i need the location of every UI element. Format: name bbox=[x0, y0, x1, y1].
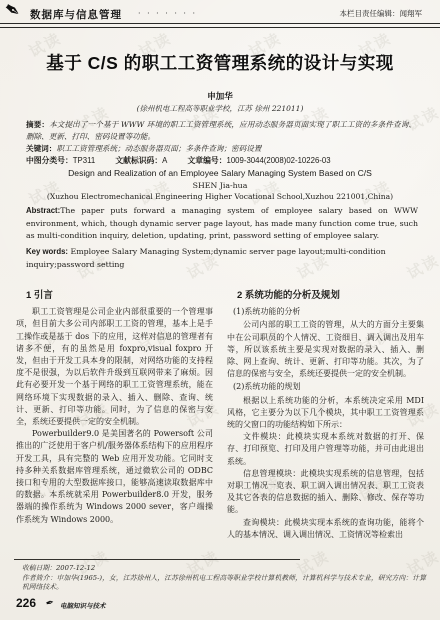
footnote-rule bbox=[14, 559, 300, 560]
author-name-en: SHEN Jia-hua bbox=[0, 181, 440, 190]
author-name: 申加华 bbox=[0, 90, 440, 102]
section-2-sub-2: (2)系统功能的规划 bbox=[233, 381, 424, 393]
keywords-cn-text: 职工工资管理系统；动态服务器页面；多条件查询；密码设置 bbox=[56, 144, 261, 153]
section-1-para-1: 职工工资管理是公司企业内部很重要的一个管理事项，但目前大多公司内部职工工资的管理… bbox=[16, 306, 213, 428]
received-date-label: 收稿日期： bbox=[22, 564, 56, 572]
section-1-heading: 1 引言 bbox=[26, 290, 213, 302]
clc-label: 中图分类号： bbox=[26, 156, 73, 165]
abstract-cn: 摘要：本文提出了一个基于 WWW 环境的职工工资管理系统，应用动态服务器页面实现… bbox=[26, 119, 416, 142]
keywords-en-text: Employee Salary Managing System;dynamic … bbox=[26, 247, 386, 269]
author-bio: 申加华(1965-)，女，江苏徐州人，江苏徐州机电工程高等职业学校计算机教师，计… bbox=[22, 574, 426, 592]
header-dots: · · · · · · · bbox=[138, 9, 197, 18]
column-section-title: 数据库与信息管理 bbox=[30, 7, 122, 22]
abstract-en-label: Abstract: bbox=[26, 206, 60, 215]
keywords-en: Key words: Employee Salary Managing Syst… bbox=[26, 246, 418, 271]
keywords-cn: 关键词：职工工资管理系统；动态服务器页面；多条件查询；密码设置 bbox=[26, 143, 416, 155]
classification-line: 中图分类号：TP311 文献标识码：A 文章编号：1009-3044(2008)… bbox=[26, 155, 416, 167]
left-column: 1 引言 职工工资管理是公司企业内部很重要的一个管理事项，但目前大多公司内部职工… bbox=[16, 288, 213, 552]
paper-title: 基于 C/S 的职工工资管理系统的设计与实现 bbox=[0, 50, 440, 75]
doc-code-value: A bbox=[162, 156, 167, 165]
doc-code-label: 文献标识码： bbox=[115, 156, 162, 165]
footnote: 收稿日期：2007-12-12 作者简介：申加华(1965-)，女，江苏徐州人，… bbox=[22, 564, 426, 593]
received-date: 2007-12-12 bbox=[56, 564, 95, 572]
article-id-label: 文章编号： bbox=[188, 156, 227, 165]
section-2-para-2: 根据以上系统功能的分析，本系统决定采用 MDI 风格，它主要分为以下几个模块，其… bbox=[227, 395, 424, 432]
pen-icon: ✒ bbox=[0, 0, 26, 25]
page-number: 226 bbox=[16, 596, 36, 610]
abstract-cn-text: 本文提出了一个基于 WWW 环境的职工工资管理系统，应用动态服务器页面实现了职工… bbox=[26, 120, 416, 141]
abstract-cn-label: 摘要： bbox=[26, 120, 49, 129]
editor-note: 本栏目责任编辑：闻翔军 bbox=[340, 8, 423, 19]
journal-logo-icon: ✒ bbox=[45, 597, 56, 610]
author-affiliation: (徐州机电工程高等职业学校，江苏 徐州 221011) bbox=[0, 103, 440, 114]
section-2-sub-1: (1)系统功能的分析 bbox=[233, 306, 424, 318]
article-id-value: 1009-3044(2008)02-10226-03 bbox=[227, 156, 331, 165]
section-1-para-2: Powerbuilder9.0 是美国著名的 Powersoft 公司推出的广泛… bbox=[16, 428, 213, 526]
body-columns: 1 引言 职工工资管理是公司企业内部很重要的一个管理事项，但目前大多公司内部职工… bbox=[16, 288, 424, 552]
page-header: ✒ 数据库与信息管理 · · · · · · · 本栏目责任编辑：闻翔军 bbox=[0, 0, 440, 24]
abstract-en-text: The paper puts forward a managing system… bbox=[26, 206, 418, 240]
paper-title-en: Design and Realization of an Employee Sa… bbox=[0, 168, 440, 178]
header-double-rule bbox=[0, 23, 440, 28]
journal-name: 电脑知识与技术 bbox=[60, 601, 106, 610]
keywords-cn-label: 关键词： bbox=[26, 144, 56, 153]
paper-page: 试读试读试读试读试读试读试读试读试读试读试读试读试读试读试读试读试读试读试读试读… bbox=[0, 0, 440, 620]
abstract-en: Abstract:The paper puts forward a managi… bbox=[26, 205, 418, 243]
section-2-heading: 2 系统功能的分析及规划 bbox=[237, 290, 424, 302]
section-2-para-4: 信息管理模块：此模块实现系统的信息管理，包括对职工情况一览表、职工调入调出情况表… bbox=[227, 468, 424, 517]
section-2-para-1: 公司内部的职工工资的管理，从大的方面分主要集中在公司职员的个人情况、工资细目、调… bbox=[227, 319, 424, 380]
author-affiliation-en: (Xuzhou Electromechanical Engineering Hi… bbox=[0, 192, 440, 201]
section-2-para-5: 查询模块：此模块实现本系统的查询功能，能将个人的基本情况、调入调出情况、工资情况… bbox=[227, 517, 424, 541]
right-column: 2 系统功能的分析及规划 (1)系统功能的分析 公司内部的职工工资的管理，从大的… bbox=[227, 288, 424, 552]
author-bio-label: 作者简介： bbox=[22, 574, 56, 582]
section-2-para-3: 文件模块：此模块实现本系统对数据的打开、保存、打印预览、打印及用户管理等功能，并… bbox=[227, 431, 424, 468]
keywords-en-label: Key words: bbox=[26, 247, 68, 256]
clc-value: TP311 bbox=[73, 156, 95, 165]
